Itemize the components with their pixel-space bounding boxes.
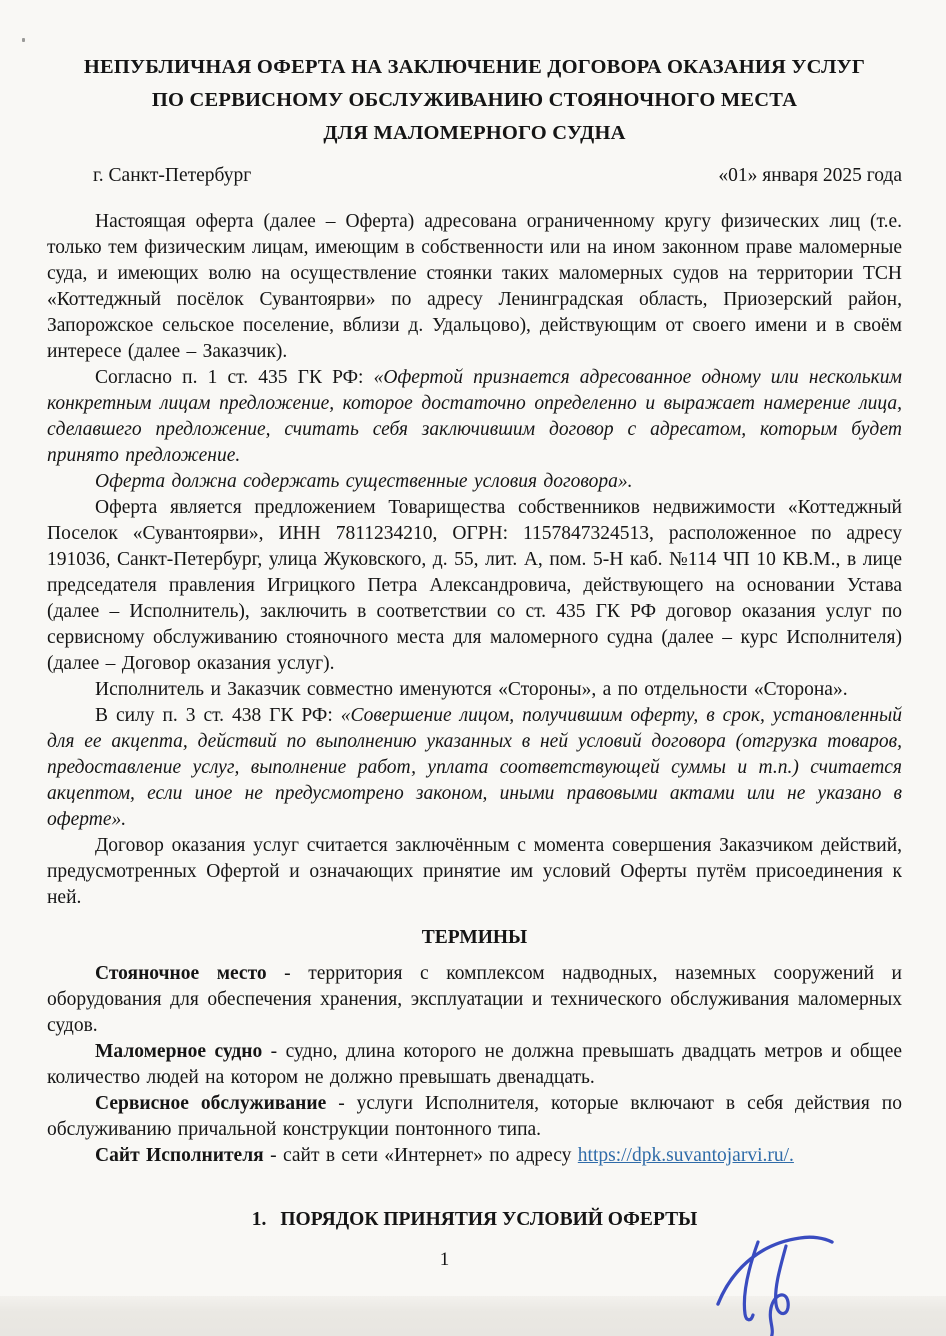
term-website: Сайт Исполнителя - сайт в сети «Интернет… xyxy=(47,1143,902,1169)
term-service-name: Сервисное обслуживание xyxy=(95,1093,326,1114)
scan-speck xyxy=(22,38,25,42)
paragraph-executor-details: Оферта является предложением Товариществ… xyxy=(47,495,902,677)
paragraph-gk-435: Согласно п. 1 ст. 435 ГК РФ: «Офертой пр… xyxy=(47,365,902,469)
signature-stroke-right-stem xyxy=(770,1246,788,1336)
executor-site-link[interactable]: https://dpk.suvantojarvi.ru/. xyxy=(578,1145,794,1166)
handwritten-signature xyxy=(704,1222,849,1336)
paragraph-offer-conditions: Оферта должна содержать существенные усл… xyxy=(47,469,902,495)
paragraph-contract-conclusion: Договор оказания услуг считается заключё… xyxy=(47,833,902,911)
offer-conditions-quote: Оферта должна содержать существенные усл… xyxy=(95,471,632,492)
term-service: Сервисное обслуживание - услуги Исполнит… xyxy=(47,1091,902,1143)
section-1-title: ПОРЯДОК ПРИНЯТИЯ УСЛОВИЙ ОФЕРТЫ xyxy=(280,1209,697,1230)
dateline-date: «01» января 2025 года xyxy=(718,163,902,189)
gk-438-lead: В силу п. 3 ст. 438 ГК РФ: xyxy=(95,705,341,726)
paragraph-parties: Исполнитель и Заказчик совместно именуют… xyxy=(47,677,902,703)
title-line-1: НЕПУБЛИЧНАЯ ОФЕРТА НА ЗАКЛЮЧЕНИЕ ДОГОВОР… xyxy=(47,51,902,84)
term-website-definition: - сайт в сети «Интернет» по адресу xyxy=(264,1145,578,1166)
document-page: НЕПУБЛИЧНАЯ ОФЕРТА НА ЗАКЛЮЧЕНИЕ ДОГОВОР… xyxy=(0,0,946,1336)
gk-435-lead: Согласно п. 1 ст. 435 ГК РФ: xyxy=(95,367,374,388)
dateline: г. Санкт-Петербург «01» января 2025 года xyxy=(47,163,902,189)
terms-heading: ТЕРМИНЫ xyxy=(47,927,902,949)
title-line-2: ПО СЕРВИСНОМУ ОБСЛУЖИВАНИЮ СТОЯНОЧНОГО М… xyxy=(47,84,902,117)
document-title: НЕПУБЛИЧНАЯ ОФЕРТА НА ЗАКЛЮЧЕНИЕ ДОГОВОР… xyxy=(47,51,902,150)
title-line-3: ДЛЯ МАЛОМЕРНОГО СУДНА xyxy=(47,117,902,150)
term-website-name: Сайт Исполнителя xyxy=(95,1145,264,1166)
paragraph-offer-intro: Настоящая оферта (далее – Оферта) адресо… xyxy=(47,209,902,365)
paragraph-gk-438: В силу п. 3 ст. 438 ГК РФ: «Совершение л… xyxy=(47,703,902,833)
term-small-vessel-name: Маломерное судно xyxy=(95,1041,262,1062)
dateline-city: г. Санкт-Петербург xyxy=(93,163,251,189)
term-parking-place-name: Стояночное место xyxy=(95,963,267,984)
section-1-number: 1. xyxy=(252,1209,267,1230)
term-parking-place: Стояночное место - территория с комплекс… xyxy=(47,961,902,1039)
term-small-vessel: Маломерное судно - судно, длина которого… xyxy=(47,1039,902,1091)
